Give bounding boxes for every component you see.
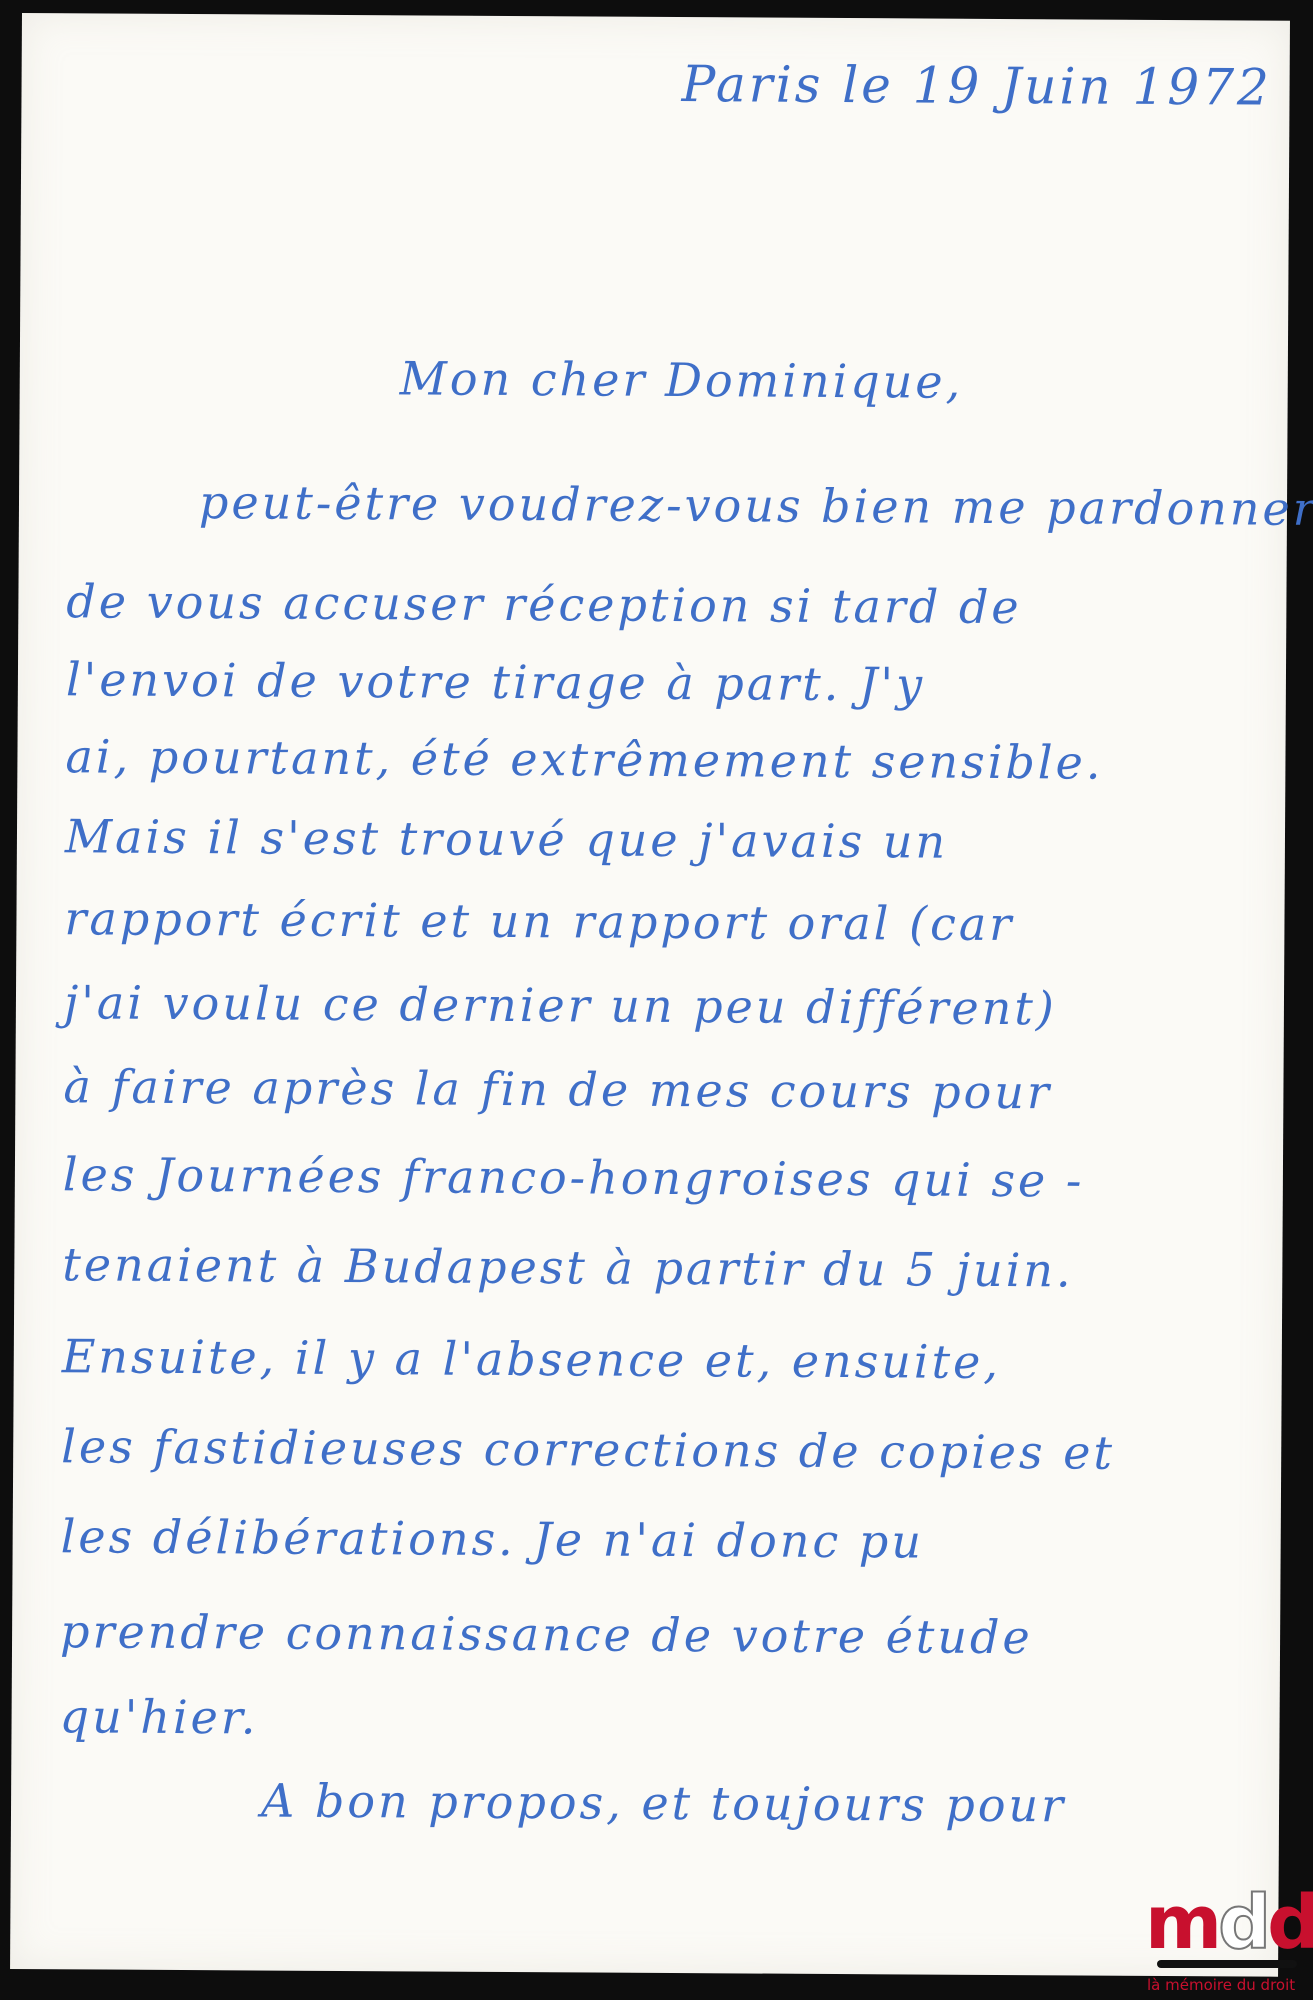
letter-line: les délibérations. Je n'ai donc pu [61,1513,925,1564]
logo-letter-m: m [1145,1880,1218,1966]
logo-wordmark: mdd [1145,1886,1313,1960]
letter-line: tenaient à Budapest à partir du 5 juin. [62,1241,1074,1293]
letter-line: j'ai voulu ce dernier un peu différent) [64,979,1057,1031]
logo-underline [1157,1960,1297,1968]
letter-line: Mais il s'est trouvé que j'avais un [65,813,948,864]
letter-date: Paris le 19 Juin 1972 [681,59,1272,113]
letter-line: prendre connaissance de votre étude [60,1608,1033,1660]
letter-line: qu'hier. [59,1693,258,1740]
mdd-logo: mdd là mémoire du droit [1145,1886,1305,1996]
letter-page: Paris le 19 Juin 1972 Mon cher Dominique… [10,13,1290,1977]
letter-line: Ensuite, il y a l'absence et, ensuite, [62,1333,1001,1385]
letter-line: de vous accuser réception si tard de [66,578,1021,630]
logo-tagline: là mémoire du droit [1147,1976,1295,1994]
logo-letter-d: d [1267,1880,1313,1966]
letter-salutation: Mon cher Dominique, [400,355,964,404]
letter-line: les Journées franco-hongroises qui se - [63,1151,1085,1203]
letter-line: peut-être voudrez-vous bien me pardonner [199,479,1313,532]
letter-line: à faire après la fin de mes cours pour [63,1063,1052,1115]
logo-letter-d-outline: d [1218,1880,1267,1966]
letter-line: A bon propos, et toujours pour [261,1777,1066,1828]
letter-line: les fastidieuses corrections de copies e… [61,1423,1115,1475]
letter-line: ai, pourtant, été extrêmement sensible. [65,733,1103,785]
letter-line: rapport écrit et un rapport oral (car [64,895,1014,947]
letter-line: l'envoi de votre tirage à part. J'y [66,656,925,707]
